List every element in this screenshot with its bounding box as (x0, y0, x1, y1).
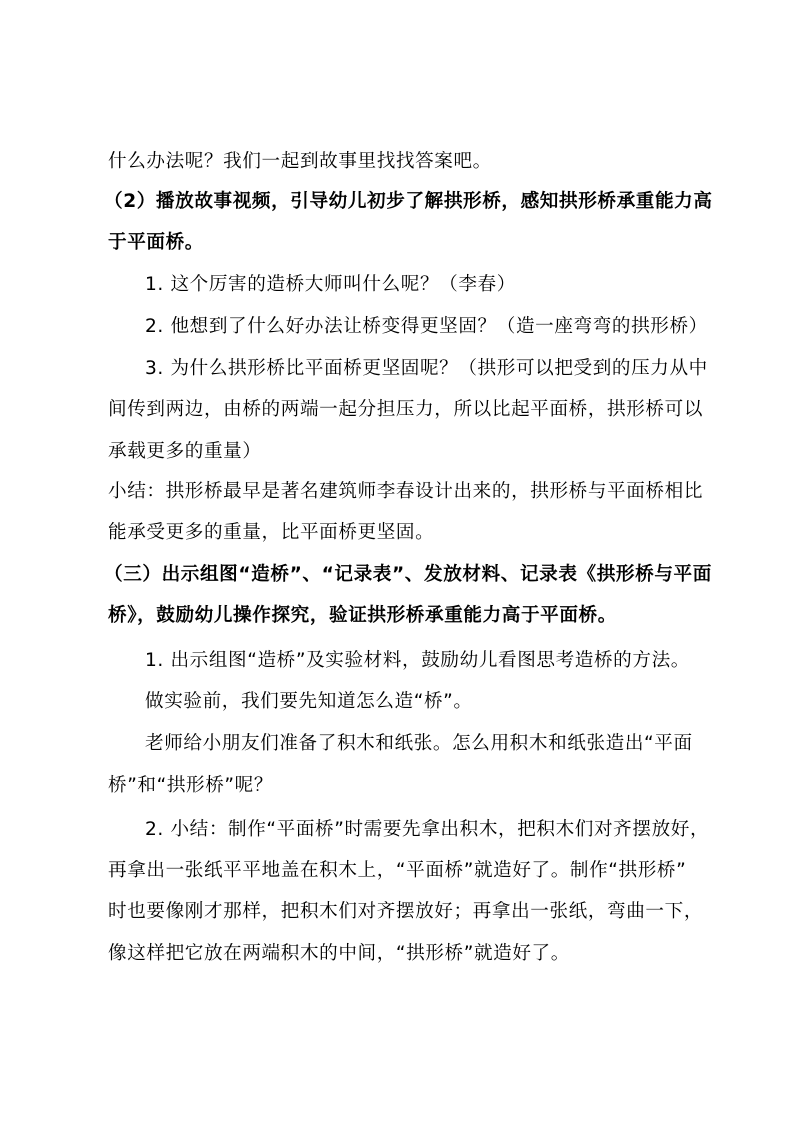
paragraph-line: 承载更多的重量） (108, 440, 708, 464)
step-item: 1. 出示组图“造桥”及实验材料，鼓励幼儿看图思考造桥的方法。 (145, 649, 745, 673)
document-page: 什么办法呢？我们一起到故事里找找答案吧。 （2）播放故事视频，引导幼儿初步了解拱… (0, 0, 794, 1123)
summary-line: 能承受更多的重量，比平面桥更坚固。 (108, 521, 708, 545)
paragraph-line: 时也要像刚才那样，把积木们对齐摆放好；再拿出一张纸，弯曲一下， (108, 900, 708, 924)
section-heading-line: （三）出示组图“造桥”、“记录表”、发放材料、记录表《拱形桥与平面 (104, 563, 704, 587)
paragraph-line: 再拿出一张纸平平地盖在积木上，“平面桥”就造好了。制作“拱形桥” (108, 859, 708, 883)
section-heading-line: 于平面桥。 (108, 231, 708, 255)
step-item: 2. 小结：制作“平面桥”时需要先拿出积木，把积木们对齐摆放好， (145, 818, 745, 842)
section-heading-line: （2）播放故事视频，引导幼儿初步了解拱形桥，感知拱形桥承重能力高 (104, 190, 704, 214)
question-item: 2. 他想到了什么好办法让桥变得更坚固？（造一座弯弯的拱形桥） (145, 315, 745, 339)
question-item: 3. 为什么拱形桥比平面桥更坚固呢？（拱形可以把受到的压力从中 (145, 357, 745, 381)
summary-line: 小结：拱形桥最早是著名建筑师李春设计出来的，拱形桥与平面桥相比 (108, 480, 708, 504)
paragraph-line: 做实验前，我们要先知道怎么造“桥”。 (145, 690, 745, 714)
paragraph-line: 什么办法呢？我们一起到故事里找找答案吧。 (108, 150, 708, 174)
paragraph-line: 间传到两边，由桥的两端一起分担压力，所以比起平面桥，拱形桥可以 (108, 398, 708, 422)
paragraph-line: 老师给小朋友们准备了积木和纸张。怎么用积木和纸张造出“平面 (145, 732, 745, 756)
paragraph-line: 像这样把它放在两端积木的中间，“拱形桥”就造好了。 (108, 942, 708, 966)
paragraph-line: 桥”和“拱形桥”呢？ (108, 774, 708, 798)
section-heading-line: 桥》，鼓励幼儿操作探究，验证拱形桥承重能力高于平面桥。 (108, 604, 708, 628)
question-item: 1. 这个厉害的造桥大师叫什么呢？（李春） (145, 273, 745, 297)
